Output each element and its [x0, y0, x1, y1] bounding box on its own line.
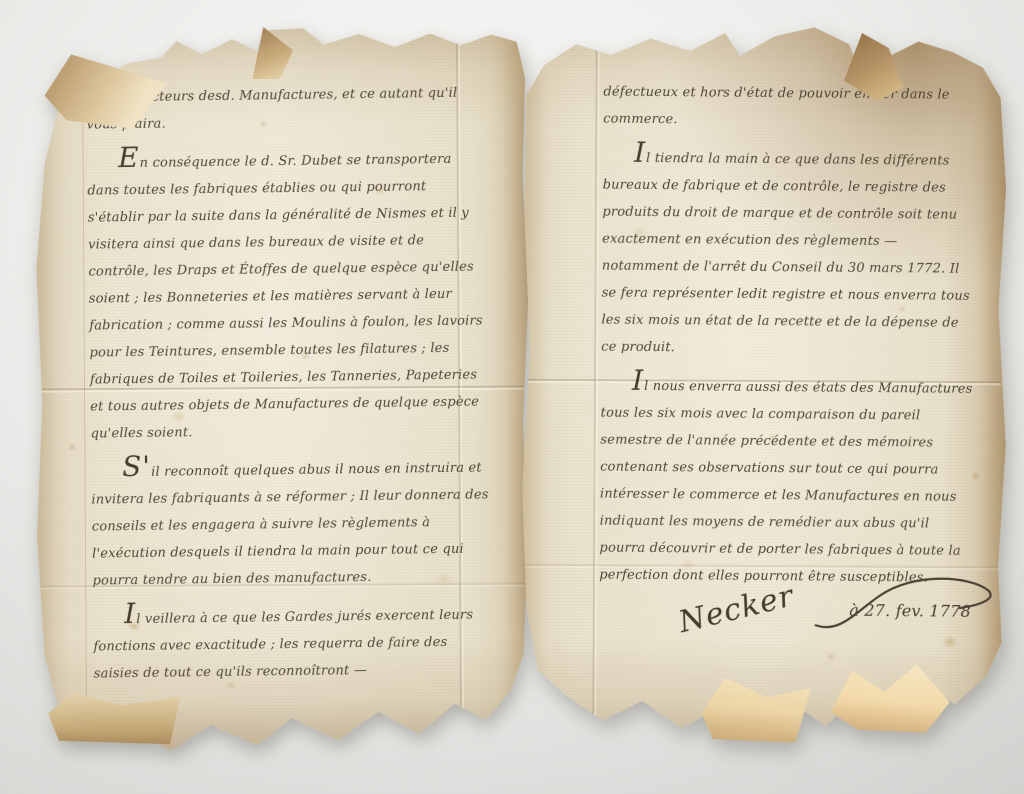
- manuscript-paragraph: défectueux et hors d'état de pouvoir ent…: [603, 79, 975, 136]
- manuscript-paragraph: Il nous enverra aussi des états des Manu…: [599, 371, 973, 592]
- manuscript-paragraph: Il veillera à ce que les Gardes jurés ex…: [93, 599, 492, 687]
- left-page-text-block: aux Inspecteurs desd. Manufactures, et c…: [86, 79, 492, 697]
- left-page: aux Inspecteurs desd. Manufactures, et c…: [24, 10, 537, 761]
- manuscript-paragraph: Il tiendra la main à ce que dans les dif…: [601, 143, 975, 364]
- right-page: défectueux et hors d'état de pouvoir ent…: [513, 5, 1013, 764]
- right-page-text-block: défectueux et hors d'état de pouvoir ent…: [599, 79, 976, 625]
- right-page-paper: défectueux et hors d'état de pouvoir ent…: [513, 5, 1013, 764]
- manuscript-paragraph: S'il reconnoît quelques abus il nous en …: [91, 452, 491, 594]
- manuscript-paragraph: En conséquence le d. Sr. Dubet se transp…: [87, 143, 489, 447]
- document-photo: aux Inspecteurs desd. Manufactures, et c…: [0, 0, 1024, 794]
- left-page-paper: aux Inspecteurs desd. Manufactures, et c…: [24, 10, 537, 761]
- manuscript-paragraph: aux Inspecteurs desd. Manufactures, et c…: [86, 79, 485, 138]
- right-page-fold-crease-vertical: [593, 28, 602, 731]
